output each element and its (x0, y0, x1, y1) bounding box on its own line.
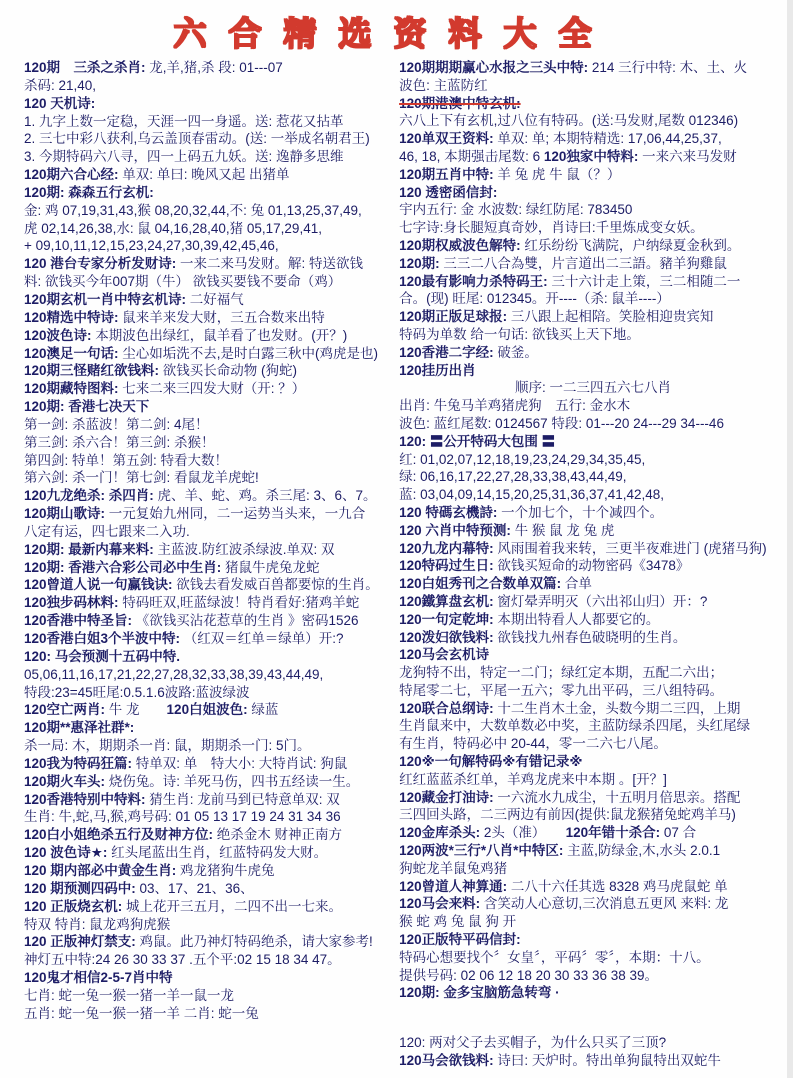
line-segment: 120马会来料: (399, 896, 484, 911)
line-segment: 120鬼才相信2-5-7肖中特 (24, 970, 173, 985)
text-line: 七肖: 蛇一兔一猴一猪一羊一鼠一龙 (24, 987, 392, 1005)
text-line: 120白姐秀刊之合数单双篇: 合单 (399, 575, 787, 593)
line-segment: 羊 兔 虎 牛 鼠（？） (497, 167, 620, 182)
line-segment: 三四回头路，二三两边有前因(提供:鼠龙猴猪兔蛇鸡羊马) (399, 807, 736, 822)
text-line: 120期: 金多宝脑筋急转弯 · (399, 984, 787, 1002)
line-segment: 红乐纷纷飞满院，户纳绿夏金秋到。 (524, 238, 740, 253)
text-line: 八定有运，四七跟来二入功. (24, 523, 392, 541)
line-segment: + 09,10,11,12,15,23,24,27,30,39,42,45,46… (24, 238, 279, 253)
line-segment: 生肖鼠来中，大数单数必中奖，主蓝防绿杀四尾，头红尾绿 (399, 718, 750, 733)
line-segment: 单双: 单; 本期特精选: 17,06,44,25,37, (497, 131, 721, 146)
text-line: 第一剑: 杀蓝波！第二剑: 4尾！ (24, 416, 392, 434)
text-line: 特双 特肖: 鼠龙鸡狗虎猴 (24, 916, 392, 934)
line-segment: 120期: 香港七决天下 (24, 399, 149, 414)
line-segment: 狗蛇龙羊鼠兔鸡猪 (399, 861, 507, 876)
line-segment: 120 天机诗: (24, 96, 95, 111)
line-segment: 龙狗特不出，特定一二门；绿红定本期，五配二六出； (399, 665, 723, 680)
line-segment: 特码心想要找个〞女皇〞，平码〞零〞，本期：十八。 (399, 950, 710, 965)
text-line: 三四回头路，二三两边有前因(提供:鼠龙猴猪兔蛇鸡羊马) (399, 806, 787, 824)
line-segment: 红: 01,02,07,12,18,19,23,24,29,34,35,45, (399, 452, 645, 467)
line-segment: 2. 三七中彩八获利,乌云盖顶春雷动。(送: 一举成名朝君王) (24, 131, 370, 146)
line-segment: 120期权威波色解特: (399, 238, 524, 253)
line-segment: 120期三怪赌红欲钱料: (24, 363, 163, 378)
text-line: 特码心想要找个〞女皇〞，平码〞零〞，本期：十八。 (399, 949, 787, 967)
line-segment: 120年错十杀合: (566, 825, 664, 840)
line-segment: 120期**惠泽社群*: (24, 720, 134, 735)
line-segment: 第六剑: 杀一门！第七剑: 看鼠龙羊虎蛇! (24, 470, 259, 485)
text-line: 猴 蛇 鸡 兔 鼠 狗 开 (399, 913, 787, 931)
line-segment: 特段:23=45旺尾:0.5.1.6波路:蓝波绿波 (24, 685, 249, 700)
line-segment: 120两波*三行*八肖*中特区: (399, 843, 567, 858)
text-line: 120金库杀头: 2头（准） 120年错十杀合: 07 合 (399, 824, 787, 842)
line-segment: 特码为单数 给一句话: 欲钱买上天下地。 (399, 327, 640, 342)
text-line: 46, 18, 本期强击尾数: 6 120独家中特料: 一来六来马发财 (399, 148, 787, 166)
line-segment: 七来二来三四发大财（开: ？） (122, 381, 305, 396)
text-line: 120: 〓公开特码大包围 〓 (399, 433, 787, 451)
line-segment: 波色: 蓝红尾数: 0124567 特段: 01---20 24---29 34… (399, 416, 724, 431)
text-line: 波色: 主蓝防红 (399, 77, 787, 95)
text-line: 120 期内部必中黄金生肖: 鸡龙猪狗牛虎兔 (24, 862, 392, 880)
text-line: 120: 两对父子去买帽子，为什么只买了三顶? (399, 1034, 787, 1052)
text-line: 120正版特平码信封: (399, 931, 787, 949)
text-line: 120特码过生日: 欲钱买短命的动物密码《3478》 (399, 557, 787, 575)
text-line: 120马会玄机诗 (399, 646, 787, 664)
text-line: 杀一局: 木，期期杀一肖: 鼠，期期杀一门: 5门。 (24, 737, 392, 755)
line-segment: 宇内五行: 金 水波数: 绿红防尾: 783450 (399, 202, 632, 217)
line-segment: 料: 欲钱买今年007期（牛） 欲钱买要钱不要命（鸡） (24, 274, 341, 289)
line-segment: 120期藏特图料: (24, 381, 122, 396)
text-line: 120期: 香港七决天下 (24, 398, 392, 416)
text-line: 120我为特码狂篇: 特单双: 单 特大小: 大特肖试: 狗鼠 (24, 755, 392, 773)
text-line: 120 特碼玄機詩: 一个加七个，十个减四个。 (399, 504, 787, 522)
text-line: 120最有影响力杀特码王: 三十六计走上策，三二相随二一 (399, 273, 787, 291)
line-segment: 红头尾蓝出生肖，红蓝特码发大财。 (111, 845, 327, 860)
line-segment: 120※一句解特码※有错记录※ (399, 754, 582, 769)
line-segment: 120期港澳中特玄机: (399, 96, 521, 111)
line-segment: 含笑动人心意切,三次消息五更风 来料: 龙 (484, 896, 729, 911)
text-line: 波色: 蓝红尾数: 0124567 特段: 01---20 24---29 34… (399, 415, 787, 433)
text-line: 120波色诗: 本期波色出绿红，鼠羊看了也发财。(开？) (24, 327, 392, 345)
line-segment: 120联合总纲诗: (399, 701, 497, 716)
line-segment: 三八跟上起相陪。笑脸相迎贵宾知 (511, 309, 714, 324)
line-segment: 120香港中特圣旨: (24, 613, 136, 628)
text-line: 120期港澳中特玄机: (399, 95, 787, 113)
line-segment: 牛 猴 鼠 龙 兔 虎 (515, 523, 615, 538)
line-segment: 单双: 单曰: 晚风又起 出猪单 (122, 167, 289, 182)
text-line: 120 波色诗★: 红头尾蓝出生肖，红蓝特码发大财。 (24, 844, 392, 862)
text-line: 120香港中特圣旨: 《欲钱买沾花惹草的生肖 》密码1526 (24, 612, 392, 630)
text-line: 120澳足一句话: 尘心如垢洗不去,是时白露三秋中(鸡虎是也) (24, 345, 392, 363)
line-segment: 绿: 06,16,17,22,27,28,33,38,43,44,49, (399, 469, 626, 484)
line-segment: 120独家中特料: (544, 149, 642, 164)
text-line: 120曾道人神算通: 二八十六任其选 8328 鸡马虎鼠蛇 单 (399, 878, 787, 896)
line-segment: 主蓝,防绿金,木,水头 2.0.1 (567, 843, 720, 858)
line-segment: （红双＝红单＝绿单）开:? (184, 631, 344, 646)
line-segment: 46, 18, 本期强击尾数: 6 (399, 149, 544, 164)
line-segment: 猴 蛇 鸡 兔 鼠 狗 开 (399, 914, 516, 929)
text-line: 120联合总纲诗: 十二生肖木土金，头数今期二三四，上期 (399, 700, 787, 718)
line-segment: 120香港二字经: (399, 345, 497, 360)
line-segment: 214 三行中特: 木、土、火 (592, 60, 747, 75)
line-segment: 鼠来羊来发大财，三五合数来出特 (122, 310, 325, 325)
line-segment: 120期 三杀之杀肖: (24, 60, 149, 75)
text-line: 120九龙内幕特: 风雨围着我来转，三更半夜难进门 (虎猪马狗) (399, 540, 787, 558)
line-segment: 120: 〓公开特码大包围 〓 (399, 434, 555, 449)
line-segment: 2头（准） (484, 825, 566, 840)
line-segment: 欲钱买长命动物 (狗蛇) (163, 363, 297, 378)
text-line: 120期三怪赌红欲钱料: 欲钱买长命动物 (狗蛇) (24, 362, 392, 380)
line-segment: 120期正版足球报: (399, 309, 511, 324)
text-line: 蓝: 03,04,09,14,15,20,25,31,36,37,41,42,4… (399, 486, 787, 504)
line-segment: 120香港特别中特料: (24, 792, 149, 807)
line-segment: 八定有运，四七跟来二入功. (24, 524, 190, 539)
text-line: 120挂历出肖 (399, 362, 787, 380)
text-line: 神灯五中特:24 26 30 33 37 .五个平:02 15 18 34 47… (24, 951, 392, 969)
line-segment: 120 正版烧玄机: (24, 899, 126, 914)
line-segment: 一个加七个，十个减四个。 (501, 505, 663, 520)
line-segment: 一六流水九成尘，十五明月倍思亲。搭配 (497, 790, 740, 805)
page-title: 六合精选资料大全 (0, 0, 787, 55)
text-line: 120期: 香港六合彩公司必中生肖: 猪鼠牛虎兔龙蛇 (24, 559, 392, 577)
line-segment: 120 期预测四码中: (24, 881, 140, 896)
line-segment: 杀码: 21,40, (24, 78, 96, 93)
text-line: 120期正版足球报: 三八跟上起相陪。笑脸相迎贵宾知 (399, 308, 787, 326)
text-line: 120 港台专家分析发财诗: 一来二来马发财。解: 特送欲钱 (24, 255, 392, 273)
line-segment: 特尾零二七，平尾一五六；零九出平码，三八组特码。 (399, 683, 723, 698)
text-line: 六八上下有玄机,过八位有特码。(送:马发财,尾数 012346) (399, 112, 787, 130)
line-segment: 120期五肖中特: (399, 167, 497, 182)
line-segment: 破釜。 (497, 345, 538, 360)
line-segment: 十二生肖木土金，头数今期二三四，上期 (497, 701, 740, 716)
line-segment: 窗灯晕弄明灭（六出祁山归）开：? (497, 594, 707, 609)
line-segment: 虎 02,14,26,38,水: 鼠 04,16,28,40,猪 05,17,2… (24, 221, 322, 236)
text-line: 120期**惠泽社群*: (24, 719, 392, 737)
line-segment: 主蓝波.防红波杀绿波.单双: 双 (158, 542, 335, 557)
text-line: 120香港特别中特料: 猜生肖: 龙前马到已特意单双: 双 (24, 791, 392, 809)
line-segment: 顺序: 一二三四五六七八肖 (515, 380, 671, 395)
text-line: + 09,10,11,12,15,23,24,27,30,39,42,45,46… (24, 237, 392, 255)
line-segment: 蓝: 03,04,09,14,15,20,25,31,36,37,41,42,4… (399, 487, 664, 502)
line-segment: 杀一局: 木，期期杀一肖: 鼠，期期杀一门: 5门。 (24, 738, 311, 753)
line-segment: 二八十六任其选 8328 鸡马虎鼠蛇 单 (511, 879, 728, 894)
line-segment: 合。(现) 旺尾: 012345。开----（杀: 鼠羊----） (399, 291, 670, 306)
line-segment: 120马会欲钱料: (399, 1053, 497, 1068)
line-segment: 绿蓝 (251, 702, 278, 717)
text-line: 120曾道人说一句赢钱诀: 欲钱去看发威百兽都要惊的生肖。 (24, 576, 392, 594)
text-line: 120泼妇欲钱料: 欲钱找九州春色破晓明的生肖。 (399, 629, 787, 647)
text-line: 120期权威波色解特: 红乐纷纷飞满院，户纳绿夏金秋到。 (399, 237, 787, 255)
line-segment: 风雨围着我来转，三更半夜难进门 (虎猪马狗) (497, 541, 766, 556)
line-segment: 120白姐秀刊之合数单双篇: (399, 576, 565, 591)
line-segment: 120独步码林料: (24, 595, 122, 610)
text-line: 120期: 最新内幕来料: 主蓝波.防红波杀绿波.单双: 双 (24, 541, 392, 559)
line-segment: 二好福气 (190, 292, 244, 307)
line-segment: 一元复始九州同，二一运势当头来，一九合 (109, 506, 366, 521)
text-line: 120期玄机一肖中特玄机诗: 二好福气 (24, 291, 392, 309)
text-line: 120 正版烧玄机: 城上花开三五月，二四不出一七来。 (24, 898, 392, 916)
text-line: 金: 鸡 07,19,31,43,猴 08,20,32,44,不: 兔 01,1… (24, 202, 392, 220)
line-segment: 120 六肖中特预测: (399, 523, 515, 538)
line-segment: 欲钱去看发威百兽都要惊的生肖。 (176, 577, 379, 592)
text-line: 120香港白姐3个半波中特: （红双＝红单＝绿单）开:? (24, 630, 392, 648)
text-line: 120单双王资料: 单双: 单; 本期特精选: 17,06,44,25,37, (399, 130, 787, 148)
text-line: 120期期期赢心水报之三头中特: 214 三行中特: 木、土、火 (399, 59, 787, 77)
text-line: 120※一句解特码※有错记录※ (399, 753, 787, 771)
text-line: 合。(现) 旺尾: 012345。开----（杀: 鼠羊----） (399, 290, 787, 308)
text-line: 1. 九字上数一定稳，天涯一四一身遥。送: 惹花又拈革 (24, 113, 392, 131)
text-line: 3. 今期特码六八寻，四一上码五九妖。送: 逸静多思维 (24, 148, 392, 166)
lottery-tip-sheet: 六合精选资料大全 120期 三杀之杀肖: 龙,羊,猪,杀 段: 01---07杀… (0, 0, 793, 1078)
text-line: 提供号码: 02 06 12 18 20 30 33 36 38 39。 (399, 967, 787, 985)
text-line: 120空亡两肖: 牛 龙 120白姐波色: 绿蓝 (24, 701, 392, 719)
line-segment: 120澳足一句话: (24, 346, 122, 361)
line-segment: 120 正版神灯禁支: (24, 934, 140, 949)
line-segment: 120白姐波色: (167, 702, 252, 717)
text-line: 120鐵算盘玄机: 窗灯晕弄明灭（六出祁山归）开：? (399, 593, 787, 611)
line-segment: 120白小姐绝杀五行及财神方位: (24, 827, 217, 842)
text-line: 特尾零二七，平尾一五六；零九出平码，三八组特码。 (399, 682, 787, 700)
text-line: 红红蓝蓝杀红单，羊鸡龙虎来中本期 。[开？] (399, 771, 787, 789)
line-segment: 特双 特肖: 鼠龙鸡狗虎猴 (24, 917, 170, 932)
line-segment: 欲钱买短命的动物密码《3478》 (497, 558, 689, 573)
text-line: 120马会来料: 含笑动人心意切,三次消息五更风 来料: 龙 (399, 895, 787, 913)
text-line: 120马会欲钱料: 诗曰: 天炉时。特出单狗鼠特出双蛇牛 (399, 1052, 787, 1070)
line-segment: 烧伤兔。诗: 羊死马伤，四书五经读一生。 (109, 774, 360, 789)
line-segment: 尘心如垢洗不去,是时白露三秋中(鸡虎是也) (122, 346, 378, 361)
line-segment: 120九龙内幕特: (399, 541, 497, 556)
line-segment: 120马会玄机诗 (399, 647, 489, 662)
line-segment: 第四剑: 特单！第五剑: 特看大数！ (24, 453, 228, 468)
text-line: 杀码: 21,40, (24, 77, 392, 95)
line-segment: 120曾道人说一句赢钱诀: (24, 577, 176, 592)
line-segment: 《欲钱买沾花惹草的生肖 》密码1526 (136, 613, 359, 628)
text-line: 第三剑: 杀六合！第三剑: 杀猴！ (24, 434, 392, 452)
line-segment: 120空亡两肖: (24, 702, 109, 717)
text-line: 特段:23=45旺尾:0.5.1.6波路:蓝波绿波 (24, 684, 392, 702)
line-segment: 120期: 最新内幕来料: (24, 542, 158, 557)
text-line: 120鬼才相信2-5-7肖中特 (24, 969, 392, 987)
line-segment: 120九龙绝杀: 杀四肖: (24, 488, 158, 503)
line-segment: 120期: 森森五行玄机: (24, 185, 154, 200)
line-segment: 红红蓝蓝杀红单，羊鸡龙虎来中本期 。[开？] (399, 772, 667, 787)
text-line: 120期藏特图料: 七来二来三四发大财（开: ？） (24, 380, 392, 398)
text-line: 七字诗:身长腿短真奇妙，肖诗曰:千里炼成变女妖。 (399, 219, 787, 237)
line-segment: 六八上下有玄机,过八位有特码。(送:马发财,尾数 012346) (399, 113, 738, 128)
line-segment: 120我为特码狂篇: (24, 756, 136, 771)
line-segment: 生肖: 牛,蛇,马,猴,鸡号码: 01 05 13 17 19 24 31 34… (24, 809, 341, 824)
text-line: 特码为单数 给一句话: 欲钱买上天下地。 (399, 326, 787, 344)
text-line: 五肖: 蛇一兔一猴一猪一羊 二肖: 蛇一兔 (24, 1005, 392, 1023)
right-column: 120期期期赢心水报之三头中特: 214 三行中特: 木、土、火波色: 主蓝防红… (392, 59, 787, 1070)
line-segment: 七字诗:身长腿短真奇妙，肖诗曰:千里炼成变女妖。 (399, 220, 704, 235)
line-segment: 120期期期赢心水报之三头中特: (399, 60, 592, 75)
line-segment: 120 透密函信封: (399, 185, 497, 200)
line-segment: 120 波色诗★: (24, 845, 111, 860)
line-segment: 120泼妇欲钱料: (399, 630, 497, 645)
text-line: 120期: 森森五行玄机: (24, 184, 392, 202)
line-segment: 龙,羊,猪,杀 段: 01---07 (149, 60, 283, 75)
line-segment: 金: 鸡 07,19,31,43,猴 08,20,32,44,不: 兔 01,1… (24, 203, 362, 218)
line-segment: 鸡龙猪狗牛虎兔 (180, 863, 275, 878)
text-line: 120香港二字经: 破釜。 (399, 344, 787, 362)
line-segment: 第三剑: 杀六合！第三剑: 杀猴！ (24, 435, 215, 450)
line-segment: 有生肖，特码必中 20-44，零一二六七八尾。 (399, 736, 667, 751)
line-segment: 第一剑: 杀蓝波！第二剑: 4尾！ (24, 417, 209, 432)
line-segment: 120期: 金多宝脑筋急转弯 · (399, 985, 560, 1000)
content-columns: 120期 三杀之杀肖: 龙,羊,猪,杀 段: 01---07杀码: 21,40,… (0, 59, 787, 1070)
text-line: 第六剑: 杀一门！第七剑: 看鼠龙羊虎蛇! (24, 469, 392, 487)
line-segment: 120 港台专家分析发财诗: (24, 256, 180, 271)
line-segment: 绝杀金木 财神正南方 (217, 827, 342, 842)
line-segment: 120 期内部必中黄金生肖: (24, 863, 180, 878)
line-segment: 120最有影响力杀特码王: (399, 274, 551, 289)
line-segment: 牛 龙 (109, 702, 167, 717)
text-line: 有生肖，特码必中 20-44，零一二六七八尾。 (399, 735, 787, 753)
line-segment: 神灯五中特:24 26 30 33 37 .五个平:02 15 18 34 47… (24, 952, 341, 967)
line-segment: 120期六合心经: (24, 167, 122, 182)
text-line: 120两波*三行*八肖*中特区: 主蓝,防绿金,木,水头 2.0.1 (399, 842, 787, 860)
text-line: 绿: 06,16,17,22,27,28,33,38,43,44,49, (399, 468, 787, 486)
text-line: 120期 三杀之杀肖: 龙,羊,猪,杀 段: 01---07 (24, 59, 392, 77)
line-segment: 120挂历出肖 (399, 363, 476, 378)
text-line: 第四剑: 特单！第五剑: 特看大数！ (24, 452, 392, 470)
line-segment: 120: 马会预测十五码中特. (24, 649, 180, 664)
line-segment: 03、17、21、36、 (140, 881, 254, 896)
line-segment: 120单双王资料: (399, 131, 497, 146)
text-line: 120 天机诗: (24, 95, 392, 113)
text-line: 120 期预测四码中: 03、17、21、36、 (24, 880, 392, 898)
text-line: 2. 三七中彩八获利,乌云盖顶春雷动。(送: 一举成名朝君王) (24, 130, 392, 148)
text-line: 宇内五行: 金 水波数: 绿红防尾: 783450 (399, 201, 787, 219)
line-segment: 猜生肖: 龙前马到已特意单双: 双 (149, 792, 340, 807)
line-segment: 120 特碼玄機詩: (399, 505, 501, 520)
line-segment: 诗曰: 天炉时。特出单狗鼠特出双蛇牛 (497, 1053, 721, 1068)
line-segment: 一来二来马发财。解: 特送欲钱 (180, 256, 363, 271)
line-segment: 特码旺双,旺蓝绿波！特肖看好:猪鸡羊蛇 (122, 595, 359, 610)
line-segment: 3. 今期特码六八寻，四一上码五九妖。送: 逸静多思维 (24, 149, 344, 164)
text-line: 120 正版神灯禁支: 鸡鼠。此乃神灯特码绝杀，请大家参考! (24, 933, 392, 951)
text-line: 05,06,11,16,17,21,22,27,28,32,33,38,39,4… (24, 666, 392, 684)
text-line: 120一句定乾坤: 本期出特看人人都要它的。 (399, 611, 787, 629)
text-line: 顺序: 一二三四五六七八肖 (399, 379, 787, 397)
line-segment: 120曾道人神算通: (399, 879, 511, 894)
line-segment: 120期玄机一肖中特玄机诗: (24, 292, 190, 307)
text-line: 120 六肖中特预测: 牛 猴 鼠 龙 兔 虎 (399, 522, 787, 540)
text-line: 红: 01,02,07,12,18,19,23,24,29,34,35,45, (399, 451, 787, 469)
line-segment: 120金库杀头: (399, 825, 484, 840)
line-segment: 120藏金打油诗: (399, 790, 497, 805)
text-line: 120九龙绝杀: 杀四肖: 虎、羊、蛇、鸡。杀三尾: 3、6、7。 (24, 487, 392, 505)
text-line: 料: 欲钱买今年007期（牛） 欲钱买要钱不要命（鸡） (24, 273, 392, 291)
line-segment: 120香港白姐3个半波中特: (24, 631, 184, 646)
line-segment: 120一句定乾坤: (399, 612, 497, 627)
line-segment: 欲钱找九州春色破晓明的生肖。 (497, 630, 686, 645)
line-segment: 120: 两对父子去买帽子，为什么只买了三顶? (399, 1035, 666, 1050)
left-column: 120期 三杀之杀肖: 龙,羊,猪,杀 段: 01---07杀码: 21,40,… (0, 59, 392, 1023)
line-segment: 虎、羊、蛇、鸡。杀三尾: 3、6、7。 (158, 488, 377, 503)
line-segment: 120期火车头: (24, 774, 109, 789)
line-segment: 120期: 香港六合彩公司必中生肖: (24, 560, 225, 575)
line-segment: 120期山歌诗: (24, 506, 109, 521)
text-line: 120期山歌诗: 一元复始九州同，二一运势当头来，一九合 (24, 505, 392, 523)
line-segment: 本期出特看人人都要它的。 (497, 612, 659, 627)
line-segment: 05,06,11,16,17,21,22,27,28,32,33,38,39,4… (24, 667, 323, 682)
text-line: 出肖: 牛兔马羊鸡猪虎狗 五行: 金水木 (399, 397, 787, 415)
text-line: 生肖鼠来中，大数单数必中奖，主蓝防绿杀四尾，头红尾绿 (399, 717, 787, 735)
line-segment: 07 合 (664, 825, 696, 840)
line-segment: 120精选中特诗: (24, 310, 122, 325)
line-segment: 1. 九字上数一定稳，天涯一四一身遥。送: 惹花又拈革 (24, 114, 344, 129)
text-line: 120: 马会预测十五码中特. (24, 648, 392, 666)
line-segment: 鸡鼠。此乃神灯特码绝杀，请大家参考! (140, 934, 373, 949)
text-line: 120独步码林料: 特码旺双,旺蓝绿波！特肖看好:猪鸡羊蛇 (24, 594, 392, 612)
line-segment: 120期: (399, 256, 443, 271)
text-line: 生肖: 牛,蛇,马,猴,鸡号码: 01 05 13 17 19 24 31 34… (24, 808, 392, 826)
line-segment: 特单双: 单 特大小: 大特肖试: 狗鼠 (136, 756, 348, 771)
text-line: 120白小姐绝杀五行及财神方位: 绝杀金木 财神正南方 (24, 826, 392, 844)
line-segment: 城上花开三五月，二四不出一七来。 (126, 899, 342, 914)
line-segment: 出肖: 牛兔马羊鸡猪虎狗 五行: 金水木 (399, 398, 630, 413)
text-line: 120精选中特诗: 鼠来羊来发大财，三五合数来出特 (24, 309, 392, 327)
text-line: 龙狗特不出，特定一二门；绿红定本期，五配二六出； (399, 664, 787, 682)
line-segment: 三三二八合為雙，片言道出二三語。豬羊狗雞鼠 (443, 256, 727, 271)
line-segment: 本期波色出绿红，鼠羊看了也发财。(开？) (95, 328, 347, 343)
line-segment: 120波色诗: (24, 328, 95, 343)
line-segment: 提供号码: 02 06 12 18 20 30 33 36 38 39。 (399, 968, 658, 983)
line-segment: 五肖: 蛇一兔一猴一猪一羊 二肖: 蛇一兔 (24, 1006, 259, 1021)
line-segment: 120特码过生日: (399, 558, 497, 573)
text-line: 120期六合心经: 单双: 单曰: 晚风又起 出猪单 (24, 166, 392, 184)
text-line: 120期五肖中特: 羊 兔 虎 牛 鼠（？） (399, 166, 787, 184)
text-line: 120 透密函信封: (399, 184, 787, 202)
line-segment: 一来六来马发财 (642, 149, 737, 164)
text-line: 120期火车头: 烧伤兔。诗: 羊死马伤，四书五经读一生。 (24, 773, 392, 791)
line-segment: 120鐵算盘玄机: (399, 594, 497, 609)
line-segment: 120正版特平码信封: (399, 932, 521, 947)
line-segment: 波色: 主蓝防红 (399, 78, 488, 93)
text-line: 120藏金打油诗: 一六流水九成尘，十五明月倍思亲。搭配 (399, 789, 787, 807)
line-segment: 七肖: 蛇一兔一猴一猪一羊一鼠一龙 (24, 988, 234, 1003)
text-line: 狗蛇龙羊鼠兔鸡猪 (399, 860, 787, 878)
text-line: 虎 02,14,26,38,水: 鼠 04,16,28,40,猪 05,17,2… (24, 220, 392, 238)
line-segment: 三十六计走上策，三二相随二一 (551, 274, 740, 289)
text-line: 120期: 三三二八合為雙，片言道出二三語。豬羊狗雞鼠 (399, 255, 787, 273)
line-segment: 猪鼠牛虎兔龙蛇 (225, 560, 320, 575)
line-segment: 合单 (565, 576, 592, 591)
